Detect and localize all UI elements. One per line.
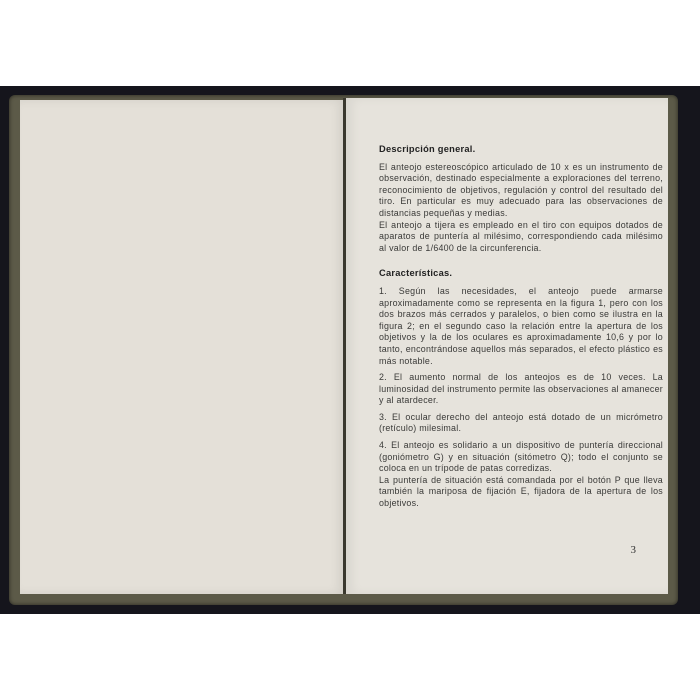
- section-characteristics: Características. 1. Según las necesidade…: [379, 268, 663, 509]
- right-page: Descripción general. El anteojo estereos…: [346, 98, 668, 594]
- list-item: 3. El ocular derecho del anteojo está do…: [379, 412, 663, 435]
- page-number: 3: [631, 544, 637, 556]
- list-item: 4. El anteojo es solidario a un disposit…: [379, 440, 663, 475]
- closing-paragraph: La puntería de situación está comandada …: [379, 475, 663, 510]
- section-heading-description: Descripción general.: [379, 144, 663, 156]
- page-content: Descripción general. El anteojo estereos…: [379, 144, 663, 510]
- paragraph: El anteojo a tijera es empleado en el ti…: [379, 220, 663, 255]
- paragraph: El anteojo estereoscópico articulado de …: [379, 162, 663, 220]
- section-heading-characteristics: Características.: [379, 268, 663, 280]
- list-item: 1. Según las necesidades, el anteojo pue…: [379, 286, 663, 367]
- left-page-blank: [20, 100, 345, 594]
- list-item: 2. El aumento normal de los anteojos es …: [379, 372, 663, 407]
